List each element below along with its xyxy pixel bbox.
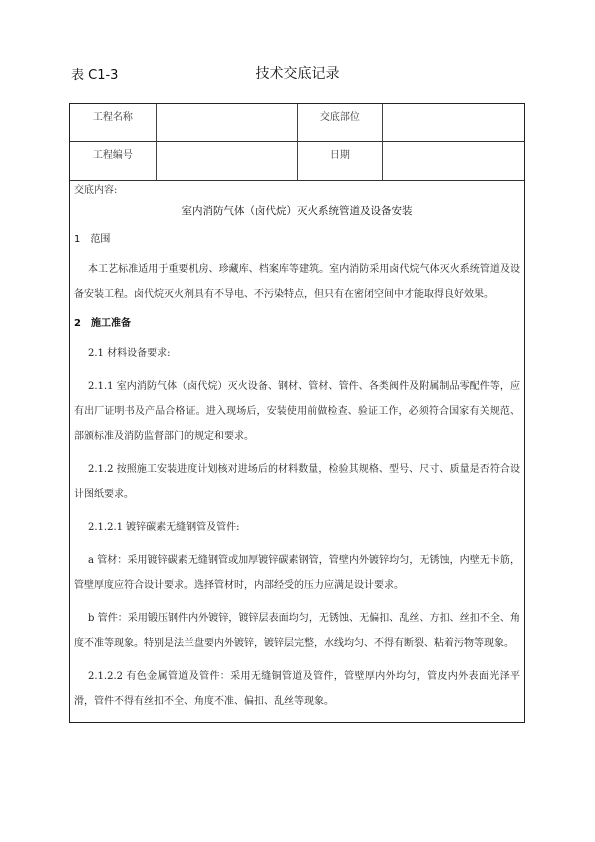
project-number-field[interactable]: [157, 142, 298, 180]
project-number-label: 工程编号: [70, 142, 157, 180]
paragraph-2-1-1: 2.1.1 室内消防气体（卤代烷）灭火设备、钢材、管材、管件、各类阀件及附属制品…: [70, 374, 524, 449]
date-field[interactable]: [383, 142, 524, 180]
paragraph-2-1-2-1: 2.1.2.1 镀锌碳素无缝钢管及管件:: [70, 515, 524, 540]
record-table: 工程名称 交底部位 工程编号 日期 交底内容: 室内消防气体（卤代烷）灭火系统管…: [69, 103, 525, 723]
content-label: 交底内容:: [70, 181, 524, 199]
content-subtitle: 室内消防气体（卤代烷）灭火系统管道及设备安装: [70, 199, 524, 223]
paragraph-2-1-2-2: 2.1.2.2 有色金属管道及管件：采用无缝铜管道及管件，管壁厚内外均匀，管皮内…: [70, 664, 524, 714]
paragraph-b-fittings: b 管件：采用锻压钢件内外镀锌，镀锌层表面均匀，无锈蚀、无偏扣、乱丝、方扣、丝扣…: [70, 606, 524, 656]
project-name-field[interactable]: [157, 104, 298, 141]
info-row-1: 工程名称 交底部位: [70, 104, 524, 142]
date-label: 日期: [298, 142, 384, 180]
paragraph-scope: 本工艺标准适用于重要机房、珍藏库、档案库等建筑。室内消防采用卤代烷气体灭火系统管…: [70, 257, 524, 307]
page-title: 技术交底记录: [0, 63, 595, 83]
paragraph-2-1: 2.1 材料设备要求:: [70, 341, 524, 366]
handover-part-label: 交底部位: [298, 104, 384, 141]
paragraph-2-1-2: 2.1.2 按照施工安装进度计划核对进场后的材料数量，检验其规格、型号、尺寸、质…: [70, 457, 524, 507]
paragraph-a-pipes: a 管材：采用镀锌碳素无缝钢管或加厚镀锌碳素钢管，管壁内外镀锌均匀，无锈蚀，内壁…: [70, 548, 524, 598]
info-row-2: 工程编号 日期: [70, 142, 524, 181]
section-heading-scope: 1 范围: [70, 223, 524, 257]
project-name-label: 工程名称: [70, 104, 157, 141]
handover-content: 交底内容: 室内消防气体（卤代烷）灭火系统管道及设备安装 1 范围 本工艺标准适…: [70, 181, 524, 722]
section-heading-preparation: 2 施工准备: [70, 307, 524, 341]
handover-part-field[interactable]: [383, 104, 524, 141]
